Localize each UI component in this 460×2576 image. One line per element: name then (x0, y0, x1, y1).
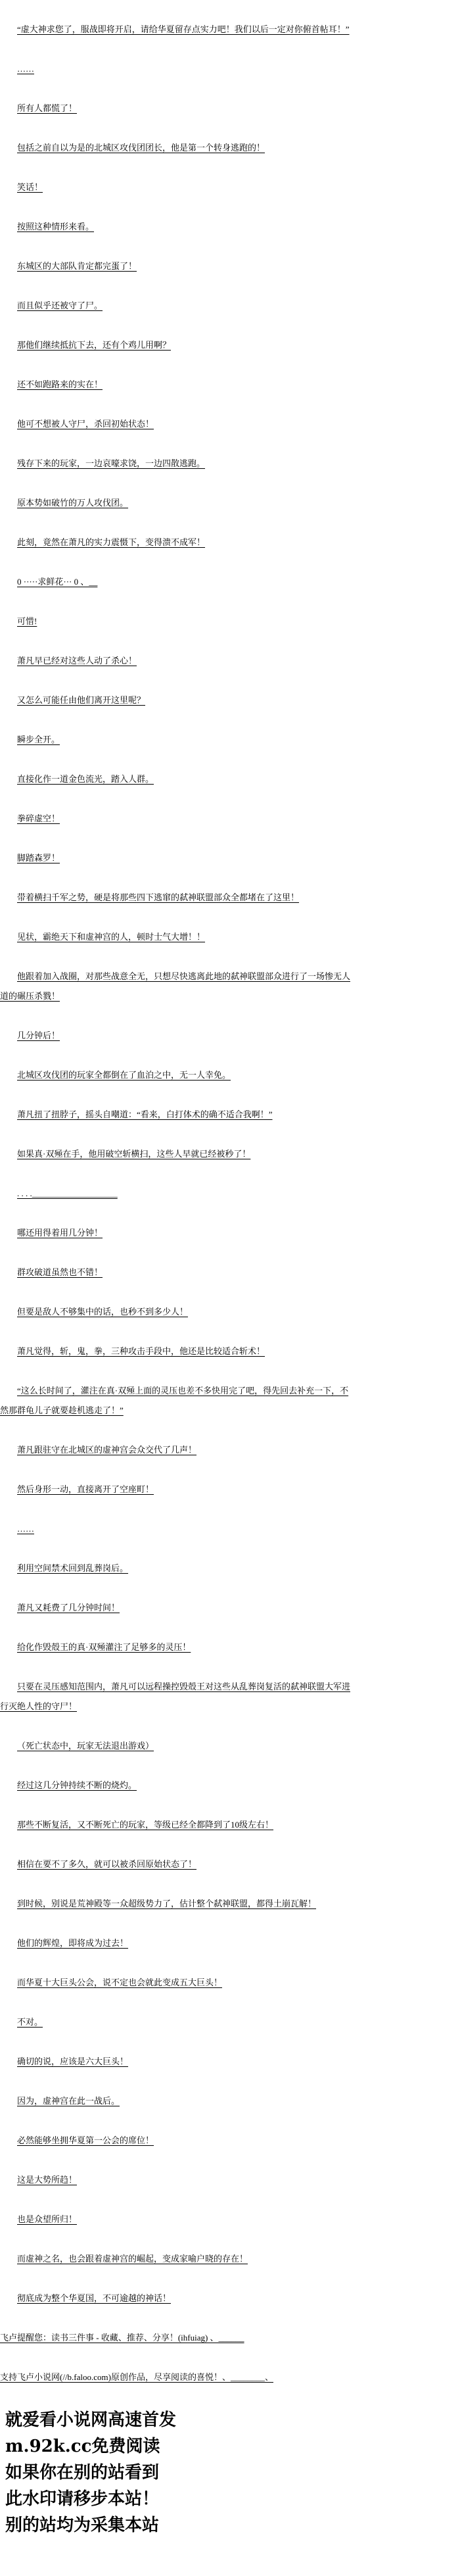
paragraph: 萧凡觉得，斩，鬼，拳，三种攻击手段中，他还是比较适合斩术！ (0, 1342, 356, 1361)
paragraph: 利用空间禁术回到乱葬岗后。 (0, 1559, 356, 1578)
paragraph: 他跟着加入战圈，对那些战意全无，只想尽快逃离此地的弑神联盟部众进行了一场惨无人道… (0, 967, 356, 1006)
paragraph: 带着横扫千军之势，硬是将那些四下逃窜的弑神联盟部众全都堵在了这里！ (0, 888, 356, 908)
paragraph: 几分钟后！ (0, 1026, 356, 1046)
paragraph: 残存下来的玩家，一边哀嚎求饶，一边四散逃跑。 (0, 454, 356, 474)
paragraph: “这么长时间了，灌注在真·双殛上面的灵压也差不多快用完了吧，得先回去补充一下，不… (0, 1381, 356, 1421)
chapter-content: “虚大神求您了，服战即将开启，请给华夏留存点实力吧！我们以后一定对你俯首帖耳！”… (0, 20, 460, 2308)
paragraph: 如果真·双殛在手，他用破空斩横扫，这些人早就已经被秒了！ (0, 1144, 356, 1164)
paragraph: 原本势如破竹的万人攻伐团。 (0, 493, 356, 513)
paragraph: 东城区的大部队肯定都完蛋了！ (0, 256, 356, 276)
paragraph: 而且似乎还被守了尸。 (0, 296, 356, 316)
paragraph: 瞬步全开。 (0, 730, 356, 750)
paragraph: 他可不想被人守尸，杀回初始状态！ (0, 414, 356, 434)
paragraph: 但要是敌人不够集中的话，也秒不到多少人！ (0, 1302, 356, 1322)
paragraph: 包括之前自以为是的北城区攻伐团团长，他是第一个转身逃跑的！ (0, 138, 356, 158)
paragraph: 而华夏十大巨头公会，说不定也会就此变成五大巨头！ (0, 1973, 356, 1993)
paragraph: 这是大势所趋！ (0, 2170, 356, 2190)
paragraph: 也是众望所归！ (0, 2210, 356, 2229)
paragraph: 此刻，竟然在萧凡的实力震慑下，变得溃不成军！ (0, 533, 356, 552)
faloo-reminder-text: 飞卢提醒您：读书三件事 - 收藏、推荐、分享！(ihfuiag) 、______ (0, 2328, 460, 2348)
paragraph: 那他们继续抵抗下去，还有个鸡儿用啊？ (0, 335, 356, 355)
paragraph: 萧凡跟驻守在北城区的虚神宫会众交代了几声！ (0, 1440, 356, 1460)
paragraph: 不对。 (0, 2012, 356, 2032)
paragraph: 笑话！ (0, 178, 356, 197)
paragraph: （死亡状态中，玩家无法退出游戏） (0, 1736, 356, 1756)
watermark-line: 如果你在别的站看到 (0, 2460, 460, 2486)
paragraph: 见状，霸绝天下和虚神宫的人，顿时士气大增！！ (0, 927, 356, 947)
paragraph: . . . .____________________ (0, 1184, 356, 1203)
paragraph: 按照这种情形来看。 (0, 217, 356, 237)
paragraph: 萧凡又耗费了几分钟时间！ (0, 1598, 356, 1618)
paragraph: 然后身形一动，直接离开了空座町！ (0, 1480, 356, 1499)
paragraph: 还不如跑路来的实在！ (0, 375, 356, 395)
paragraph: 萧凡扭了扭脖子，摇头自嘲道：“看来，白打体术的确不适合我啊！” (0, 1105, 356, 1125)
paragraph: 哪还用得着用几分钟！ (0, 1223, 356, 1243)
paragraph: 彻底成为整个华夏国，不可逾越的神话！ (0, 2289, 356, 2308)
paragraph: “虚大神求您了，服战即将开启，请给华夏留存点实力吧！我们以后一定对你俯首帖耳！” (0, 20, 356, 39)
paragraph: 直接化作一道金色流光，踏入人群。 (0, 769, 356, 789)
paragraph: 拳碎虚空！ (0, 809, 356, 829)
paragraph: 必然能够坐拥华夏第一公会的席位！ (0, 2131, 356, 2151)
watermark-line: 别的站均为采集本站 (0, 2512, 460, 2539)
paragraph: 脚踏森罗！ (0, 848, 356, 868)
paragraph: 可惜! (0, 612, 356, 631)
paragraph: …… (0, 59, 356, 79)
paragraph: 又怎么可能任由他们离开这里呢？ (0, 691, 356, 710)
watermark-line: 就爱看小说网高速首发 (0, 2407, 460, 2433)
watermark-line: m.92k.cc免费阅读 (0, 2433, 460, 2460)
paragraph: 确切的说，应该是六大巨头！ (0, 2052, 356, 2072)
paragraph: 所有人都慌了！ (0, 99, 356, 118)
paragraph: 相信在要不了多久，就可以被杀回原始状态了！ (0, 1855, 356, 1874)
paragraph: 因为，虚神宫在此一战后。 (0, 2091, 356, 2111)
paragraph: …… (0, 1519, 356, 1539)
paragraph: 萧凡早已经对这些人动了杀心！ (0, 651, 356, 671)
paragraph: 只要在灵压感知范围内，萧凡可以远程操控毁殻王对这些从乱葬岗复活的弑神联盟大军进行… (0, 1677, 356, 1716)
paragraph: 那些不断复活，又不断死亡的玩家，等级已经全都降到了10级左右！ (0, 1815, 356, 1835)
paragraph: 0 ·····求鲜花··· 0 、__ (0, 572, 356, 592)
novel-page: “虚大神求您了，服战即将开启，请给华夏留存点实力吧！我们以后一定对你俯首帖耳！”… (0, 0, 460, 2539)
paragraph: 他们的辉煌，即将成为过去！ (0, 1933, 356, 1953)
paragraph: 群攻破道虽然也不错！ (0, 1263, 356, 1282)
faloo-support-link[interactable]: 支持飞卢小说网(//b.faloo.com)原创作品，尽享阅读的喜悦！、____… (0, 2368, 460, 2387)
paragraph: 给化作毁殻王的真·双殛灌注了足够多的灵压！ (0, 1638, 356, 1657)
paragraph: 到时候，别说是荒神殿等一众超级势力了，估计整个弑神联盟，都得土崩瓦解！ (0, 1894, 356, 1914)
watermark: 就爱看小说网高速首发m.92k.cc免费阅读如果你在别的站看到此水印请移步本站！… (0, 2407, 460, 2539)
paragraph: 北城区攻伐团的玩家全都倒在了血泊之中，无一人幸免。 (0, 1065, 356, 1085)
watermark-line: 此水印请移步本站！ (0, 2486, 460, 2512)
paragraph: 而虚神之名，也会跟着虚神宫的崛起，变成家喻户晓的存在！ (0, 2249, 356, 2269)
paragraph: 经过这几分钟持续不断的烧灼。 (0, 1776, 356, 1795)
